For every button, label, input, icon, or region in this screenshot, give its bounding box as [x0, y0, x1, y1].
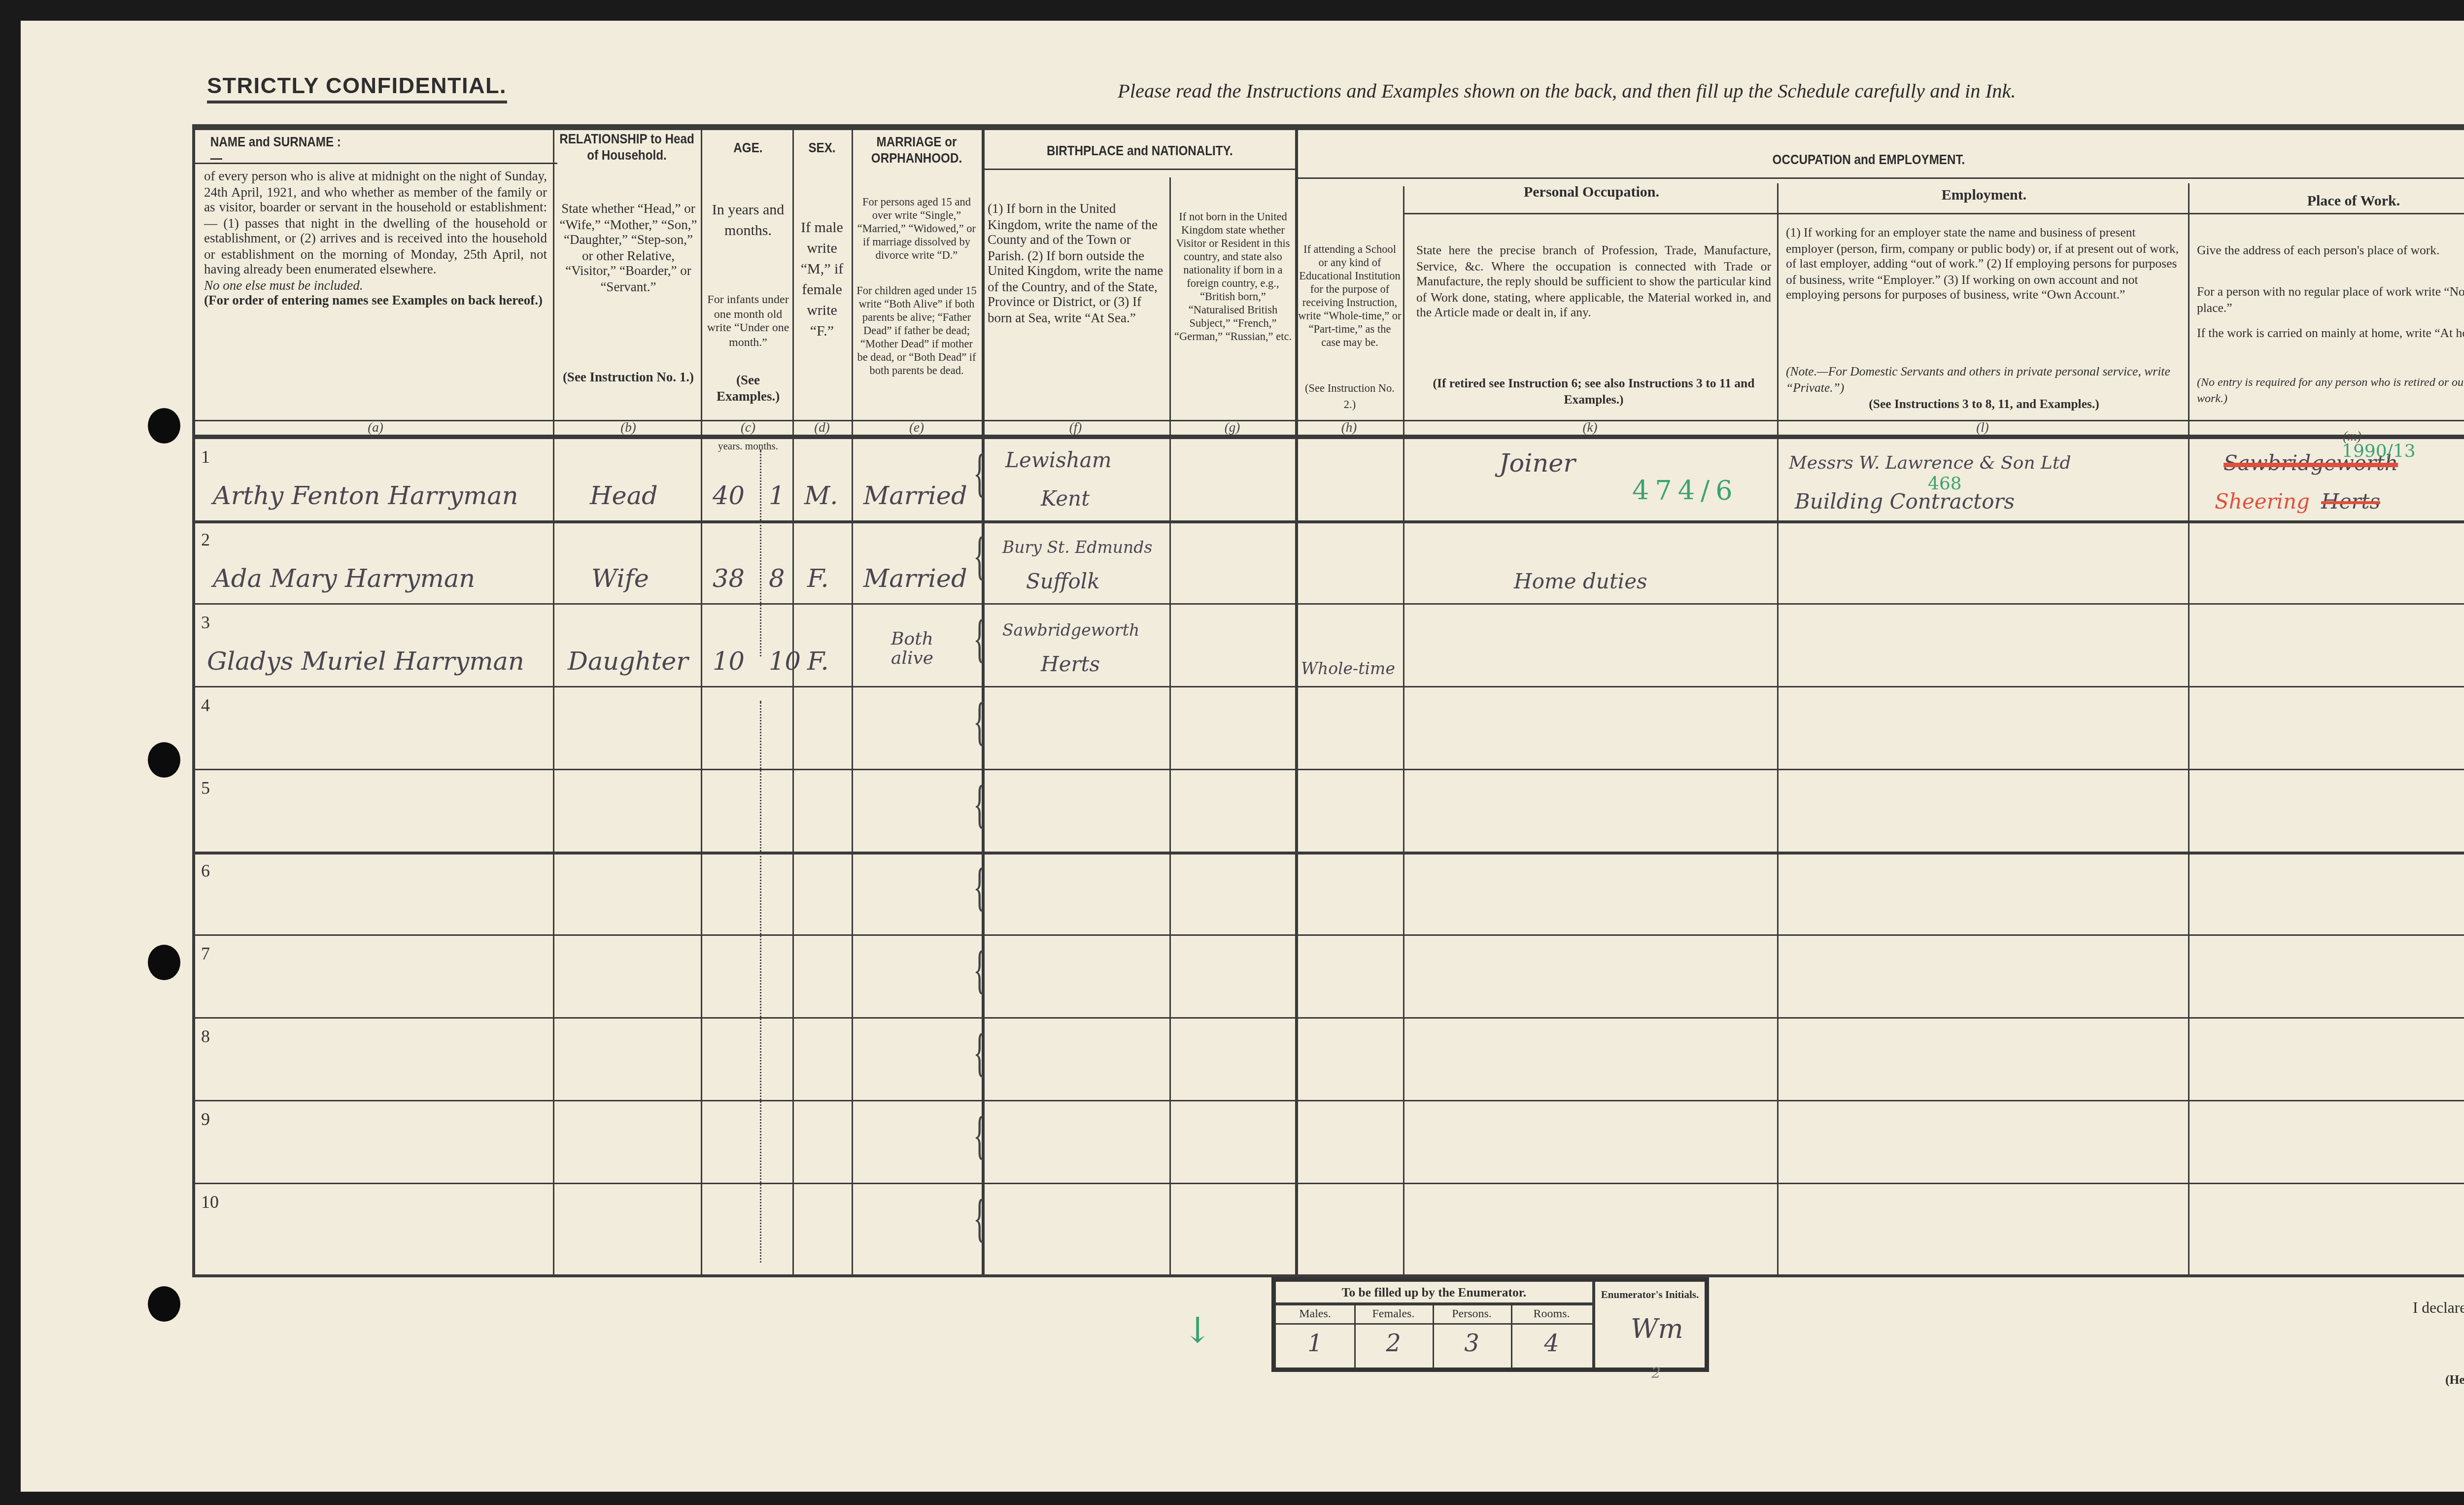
education-cell: Whole-time: [1301, 659, 1395, 679]
col-a-letter: (a): [198, 420, 553, 435]
census-schedule-page: STRICTLY CONFIDENTIAL. Please read the I…: [0, 0, 2464, 1505]
age-years-cell: 10: [713, 648, 745, 677]
brace: {: [973, 860, 986, 914]
sex-cell: M.: [804, 482, 838, 512]
brace: {: [973, 1026, 986, 1079]
enumerator-summary-box: To be filled up by the Enumerator. Enume…: [1271, 1277, 1709, 1372]
col-d-letter: (d): [792, 420, 852, 435]
col-b-note: (See Instruction No. 1.): [559, 370, 698, 385]
relationship-cell: Head: [590, 482, 658, 512]
col-g-letter: (g): [1169, 420, 1295, 435]
brace: {: [973, 1192, 986, 1245]
punch-hole-icon: [148, 945, 180, 980]
rooms-count: 4: [1511, 1329, 1592, 1357]
row-number: 9: [201, 1109, 210, 1131]
birthplace-county-cell: Suffolk: [1026, 571, 1100, 594]
occupation-group-title: OCCUPATION and EMPLOYMENT.: [1680, 154, 2057, 170]
col-l-letter: (l): [1777, 420, 2188, 435]
col-a-body: of every person who is alive at midnight…: [204, 169, 547, 308]
row-number: 8: [201, 1026, 210, 1048]
row-number: 5: [201, 778, 210, 800]
col-c-note: (See Examples.): [707, 373, 789, 404]
col-h-letter: (h): [1295, 420, 1403, 435]
occupation-code: 474/6: [1632, 476, 1739, 507]
col-l-note2: (See Instructions 3 to 8, 11, and Exampl…: [1786, 396, 2182, 412]
col-c-body: In years and months.: [707, 201, 789, 242]
col-e-title: MARRIAGE or ORPHANHOOD.: [861, 136, 972, 167]
relationship-cell: Daughter: [568, 648, 688, 677]
signature-caption: (Head of Household, Manager of Establish…: [2445, 1372, 2464, 1387]
col-c-letter: (c): [704, 420, 792, 435]
name-cell: Arthy Fenton Harryman: [213, 482, 518, 512]
females-label: Females.: [1354, 1307, 1433, 1323]
employer-name-cell: Messrs W. Lawrence & Son Ltd: [1789, 452, 2071, 473]
marriage-cell: Both alive: [875, 630, 949, 668]
age-years-cell: 38: [713, 565, 745, 594]
col-f-letter: (f): [982, 420, 1169, 435]
sex-cell: F.: [807, 648, 829, 677]
birthplace-town-cell: Lewisham: [1005, 449, 1112, 473]
brace: {: [973, 529, 986, 582]
males-label: Males.: [1276, 1307, 1354, 1323]
brace: {: [973, 612, 986, 665]
col-l-title: Employment.: [1780, 189, 2188, 205]
months-label: months.: [745, 441, 778, 452]
pencil-mark: 2: [1651, 1366, 1661, 1382]
birthplace-town-cell: Bury St. Edmunds: [1002, 538, 1152, 557]
persons-label: Persons.: [1433, 1307, 1511, 1323]
punch-hole-icon: [148, 742, 180, 778]
occupation-cell: Home duties: [1514, 571, 1647, 594]
col-m-letter: (m): [2188, 429, 2464, 444]
birthplace-county-cell: Herts: [1041, 653, 1100, 677]
row-number: 2: [201, 529, 210, 551]
col-k-letter: (k): [1403, 420, 1777, 435]
workplace-struck-county-cell: Herts: [2321, 491, 2380, 514]
col-m-title: Place of Work.: [2191, 195, 2464, 211]
brace: {: [973, 943, 986, 996]
workplace-code: 1990/13: [2342, 441, 2416, 461]
col-c-sub-label: years. months.: [704, 439, 792, 455]
relationship-cell: Wife: [591, 565, 649, 594]
birthplace-county-cell: Kent: [1041, 488, 1090, 512]
col-h-note: (See Instruction No. 2.): [1298, 381, 1402, 412]
brace: {: [973, 1109, 986, 1162]
declaration-text: I declare that this Schedule is correctl…: [2413, 1301, 2464, 1317]
birthplace-group-title: BIRTHPLACE and NATIONALITY.: [1008, 145, 1272, 161]
col-e-body2: For children aged under 15 write “Both A…: [855, 284, 979, 377]
col-e-letter: (e): [852, 420, 982, 435]
col-g-body: If not born in the United Kingdom state …: [1172, 210, 1294, 343]
punch-hole-icon: [148, 408, 180, 444]
marriage-cell: Married: [863, 482, 967, 512]
col-c-title: AGE.: [711, 142, 786, 158]
row-number: 10: [201, 1192, 219, 1214]
row-number: 6: [201, 860, 210, 883]
ink-instruction: Please read the Instructions and Example…: [1118, 80, 2016, 103]
males-count: 1: [1276, 1329, 1354, 1357]
col-a-note: No one else must be included.: [204, 277, 363, 292]
workplace-corrected-cell: Sheering: [2215, 491, 2310, 514]
col-h-body: If attending a School or any kind of Edu…: [1298, 242, 1402, 349]
age-months-cell: 10: [769, 648, 801, 677]
col-b-body: State whether “Head,” or “Wife,” “Mother…: [559, 201, 698, 294]
brace: {: [973, 446, 986, 500]
birthplace-town-cell: Sawbridgeworth: [1002, 621, 1139, 640]
col-b-letter: (b): [556, 420, 701, 435]
employer-business-cell: Building Contractors: [1795, 491, 2015, 514]
brace: {: [973, 695, 986, 748]
col-k-title: Personal Occupation.: [1410, 186, 1773, 202]
enumerator-initials: Wm: [1631, 1314, 1683, 1345]
name-cell: Ada Mary Harryman: [213, 565, 475, 594]
persons-count: 3: [1433, 1329, 1511, 1357]
col-a-title: NAME and SURNAME :—: [210, 136, 349, 167]
row-number: 4: [201, 695, 210, 717]
sex-cell: F.: [807, 565, 829, 594]
col-c-body2: For infants under one month old write “U…: [707, 293, 789, 349]
punch-hole-icon: [148, 1286, 180, 1322]
col-k-body: State here the precise branch of Profess…: [1416, 242, 1771, 320]
rooms-label: Rooms.: [1511, 1307, 1592, 1323]
females-count: 2: [1354, 1329, 1433, 1357]
col-m-note: (No entry is required for any person who…: [2197, 376, 2464, 407]
col-e-body: For persons aged 15 and over write “Sing…: [855, 195, 979, 262]
col-m-body2: For a person with no regular place of wo…: [2197, 284, 2464, 315]
col-d-body: If male write “M,” if female write “F.”: [795, 219, 849, 343]
name-cell: Gladys Muriel Harryman: [207, 648, 524, 677]
strictly-confidential-title: STRICTLY CONFIDENTIAL.: [207, 74, 507, 103]
col-k-note: (If retired see Instruction 6; see also …: [1416, 376, 1771, 407]
col-l-body: (1) If working for an employer state the…: [1786, 225, 2182, 303]
census-form-paper: STRICTLY CONFIDENTIAL. Please read the I…: [21, 21, 2464, 1492]
col-a-note2: (For order of entering names see Example…: [204, 293, 543, 308]
summary-box-title: To be filled up by the Enumerator.: [1276, 1285, 1592, 1300]
age-months-cell: 1: [769, 482, 785, 512]
col-f-body: (1) If born in the United Kingdom, write…: [988, 201, 1168, 325]
col-b-title: RELATIONSHIP to Head of Household.: [559, 133, 694, 164]
col-m-body: Give the address of each person's place …: [2197, 242, 2464, 258]
brace: {: [973, 778, 986, 831]
marriage-cell: Married: [863, 565, 967, 594]
occupation-cell: Joiner: [1499, 449, 1575, 479]
green-check-mark: ↓: [1183, 1310, 1212, 1351]
years-label: years.: [718, 441, 743, 452]
col-l-note: (Note.—For Domestic Servants and others …: [1786, 364, 2182, 395]
row-number: 1: [201, 446, 210, 469]
row-number: 7: [201, 943, 210, 965]
age-months-cell: 8: [769, 565, 785, 594]
row-number: 3: [201, 612, 210, 634]
initials-label: Enumerator's Initials.: [1595, 1288, 1705, 1303]
col-m-body3: If the work is carried on mainly at home…: [2197, 325, 2464, 341]
age-years-cell: 40: [713, 482, 745, 512]
col-d-title: SEX.: [797, 142, 847, 158]
